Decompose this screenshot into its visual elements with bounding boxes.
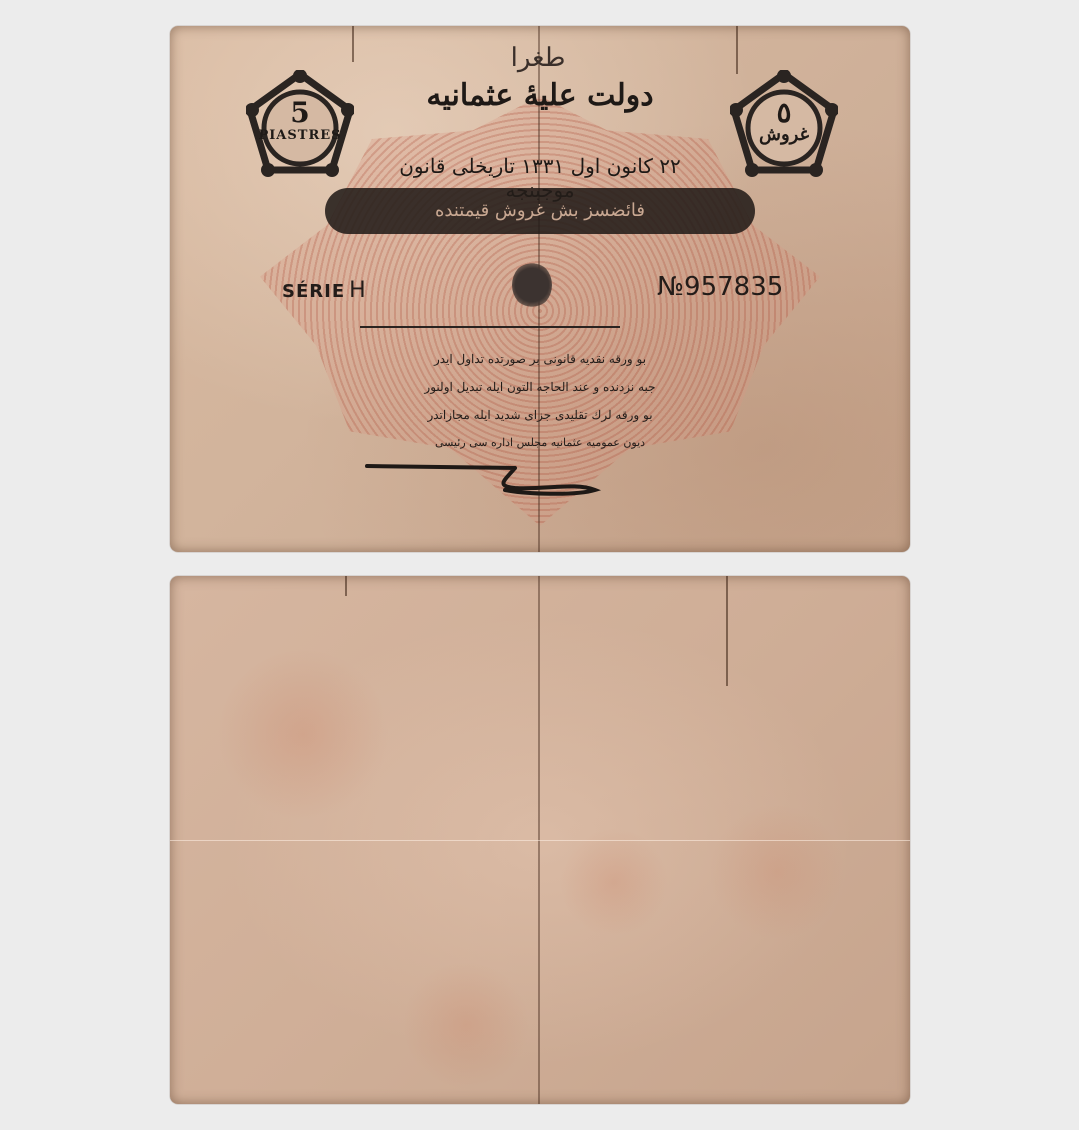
- tear-mark: [352, 26, 354, 62]
- tear-mark: [345, 576, 347, 596]
- banknote-front: طغرا دولت عليهٔ عثمانيه ٢٢ كانون اول ١٣٣…: [170, 26, 910, 552]
- seal-stamp: [512, 262, 552, 308]
- denomination-number: 5: [246, 96, 354, 129]
- denomination-word-arabic: غروش: [730, 124, 838, 145]
- tughra-emblem: طغرا: [508, 40, 568, 76]
- denomination-emblem-right: ٥ غروش: [730, 70, 838, 178]
- signature-line-top: [360, 326, 620, 328]
- series-text: SÉRIE: [282, 281, 345, 302]
- body-text-line-4: ديون عموميه عثمانيه مجلس اداره سى رئيسى: [230, 436, 850, 449]
- tear-mark: [736, 26, 738, 74]
- series-letter: H: [349, 278, 367, 303]
- body-text-line-1: بو ورقه نقديه قانونى بر صورتده تداول ايد…: [230, 352, 850, 366]
- denomination-word: PIASTRES: [246, 128, 354, 143]
- body-text-line-2: جبه نزدنده و عند الحاجه التون ايله تبديل…: [230, 380, 850, 394]
- fold-line-horizontal: [170, 840, 910, 841]
- denomination-band: فائضسز بش غروش قيمتنده: [325, 188, 755, 234]
- banknote-back: [170, 576, 910, 1104]
- signature-icon: [365, 460, 615, 510]
- series-label: SÉRIEH: [282, 278, 367, 303]
- body-text-line-3: بو ورقه لرك تقليدى جزاى شديد ايله مجازات…: [230, 408, 850, 422]
- note-title: دولت عليهٔ عثمانيه: [400, 78, 680, 113]
- serial-number: №957835: [657, 272, 783, 302]
- denomination-emblem-left: 5 PIASTRES: [246, 70, 354, 178]
- tear-mark: [726, 576, 728, 686]
